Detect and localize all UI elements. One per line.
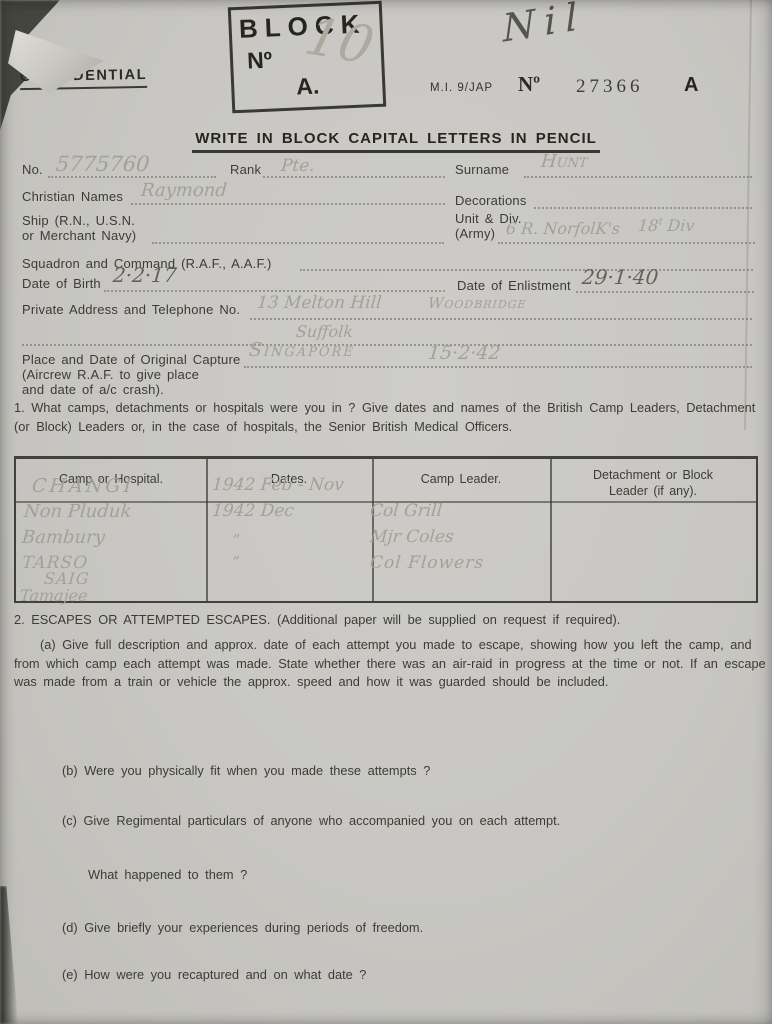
field-label-no: No. [22,162,43,177]
field-value-enlistment: 29·1·40 [581,265,659,289]
field-value-division: 18t Div [637,216,695,235]
stamp-handwritten-number: 10 [299,7,379,76]
field-value-dob: 2·2·17 [112,263,178,287]
date-ditto: ” [231,531,240,549]
dotted-line [244,366,752,368]
field-label-decorations: Decorations [455,193,527,208]
dotted-line [300,269,753,271]
camp-entry: Non Pluduk [23,501,132,522]
section2-item-e: (e) How were you recaptured and on what … [62,966,366,985]
table-header-detachment: Detachment or Block Leader (if any). [572,467,734,500]
camp-entry: Bambury [21,527,106,548]
division-word: Div [667,216,696,235]
date-entry: 1942 Dec [211,501,295,521]
leader-entry: Col Flowers [369,553,485,573]
date-entry: 1942 Feb - Nov [211,475,344,495]
field-label-capture-1: Place and Date of Original Capture [22,352,240,367]
division-number: 18 [637,216,659,235]
section2-item-c: (c) Give Regimental particulars of anyon… [62,812,560,831]
camp-table: Camp or Hospital. Dates. Camp Leader. De… [14,456,758,603]
field-label-dob: Date of Birth [22,276,101,291]
form-ref-number: 27366 [576,76,644,98]
table-divider [550,459,552,601]
section2-item-c-followup: What happened to them ? [88,866,247,885]
field-value-christian-names: Raymond [140,180,228,201]
document-page: CONFIDENTIAL BLOCK Nº 10 A. Nil M.I. 9/J… [0,0,772,1024]
dotted-line [48,176,216,178]
dotted-line [498,242,755,244]
field-value-no: 5775760 [55,152,151,176]
field-label-ship-1: Ship (R.N., U.S.N. [22,213,135,228]
field-value-surname: Hunt [540,151,589,172]
dotted-line [104,290,445,292]
field-label-ship-2: or Merchant Navy) [22,228,136,243]
field-label-capture-2: (Aircrew R.A.F. to give place [22,367,199,382]
leader-entry: Col Grill [369,501,443,521]
field-label-christian-names: Christian Names [22,189,123,204]
date-ditto: ” [231,553,240,571]
section2-heading: 2. ESCAPES OR ATTEMPTED ESCAPES. (Additi… [14,611,764,630]
dotted-line [534,207,752,209]
section2-item-d: (d) Give briefly your experiences during… [62,919,423,938]
form-ref-suffix: A [684,74,698,97]
field-label-capture-3: and date of a/c crash). [22,382,164,397]
field-value-capture-date: 15·2·42 [427,342,501,364]
dotted-line [263,176,445,178]
dotted-line [576,291,754,293]
dotted-line [524,176,752,178]
instruction-heading-text: WRITE IN BLOCK CAPITAL LETTERS IN PENCIL [192,130,600,153]
field-value-unit: 6 R. NorfolK's [505,219,621,238]
camp-entry: CHANGI [31,475,135,497]
field-label-surname: Surname [455,162,509,177]
section2-item-a: (a) Give full description and approx. da… [14,636,766,692]
stamp-line-a: A. [296,73,320,101]
block-number-stamp: BLOCK Nº 10 A. [228,1,386,114]
scan-edge-smudge [0,886,18,1024]
table-header-leader: Camp Leader. [372,471,550,487]
field-label-unit-div-2: (Army) [455,226,495,241]
dotted-line [22,344,752,346]
field-label-rank: Rank [230,162,261,177]
handwritten-nil-note: Nil [501,0,587,51]
form-ref-no-label: Nº [518,72,540,97]
stamp-line-no: Nº [247,47,273,75]
field-value-address-2: Woodbridge [427,294,527,312]
field-label-enlistment: Date of Enlistment [457,278,571,293]
division-ordinal: t [658,217,663,228]
leader-entry: Mjr Coles [369,527,454,547]
question-1-text: 1. What camps, detachments or hospitals … [14,399,764,436]
instruction-heading: WRITE IN BLOCK CAPITAL LETTERS IN PENCIL [0,130,772,148]
camp-entry: Tamajee [19,586,88,605]
dotted-line [152,242,444,244]
field-value-capture-place: Singapore [248,339,356,361]
section2-item-b: (b) Were you physically fit when you mad… [62,762,430,781]
form-ref-org: M.I. 9/JAP [430,82,493,94]
field-value-rank: Pte. [280,156,315,176]
field-value-address-1: 13 Melton Hill [256,293,382,313]
dotted-line [131,203,445,205]
dotted-line [250,318,752,320]
field-label-address: Private Address and Telephone No. [22,302,240,317]
